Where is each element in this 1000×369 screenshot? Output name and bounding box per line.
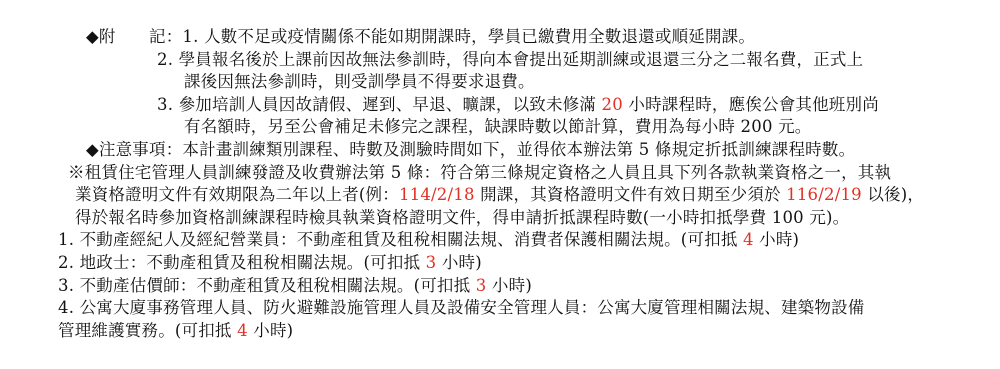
text-segment: 小時) xyxy=(436,253,481,272)
qualification-item-4: 4. 公寓大廈事務管理人員、防火避難設施管理人員及設備安全管理人員：公寓大廈管理… xyxy=(0,297,1000,320)
text-segment: 得於報名時參加資格訓練課程時檢具執業資格證明文件，得申請折抵課程時數(一小時扣抵… xyxy=(75,208,849,227)
qualification-item-4-continuation: 管理維護實務。(可扣抵 4 小時) xyxy=(0,320,1000,343)
highlighted-number: 3 xyxy=(426,253,437,272)
highlighted-number: 4 xyxy=(743,230,754,249)
highlighted-date: 114/2/18 xyxy=(399,185,475,204)
highlighted-date: 116/2/19 xyxy=(786,185,862,204)
text-segment: 3. 參加培訓人員因故請假、遲到、早退、曠課，以致未修滿 xyxy=(157,95,602,114)
text-segment: 3. 不動產估價師：不動產租賃及租稅相關法規。(可扣抵 xyxy=(58,276,476,295)
remark-item-3-continuation: 有名額時，另至公會補足未修完之課程，缺課時數以節計算，費用為每小時 200 元。 xyxy=(0,116,1000,139)
remark-item-2: 2. 學員報名後於上課前因故無法參訓時，得向本會提出延期訓練或退還三分之二報名費… xyxy=(0,49,1000,72)
text-segment: 業資格證明文件有效期限為二年以上者(例： xyxy=(75,185,399,204)
remark-item-3: 3. 參加培訓人員因故請假、遲到、早退、曠課，以致未修滿 20 小時課程時，應俟… xyxy=(0,94,1000,117)
text-segment: 4. 公寓大廈事務管理人員、防火避難設施管理人員及設備安全管理人員：公寓大廈管理… xyxy=(58,298,865,317)
highlighted-number: 4 xyxy=(237,321,248,340)
remark-heading: ◆附 記：1. 人數不足或疫情關係不能如期開課時，學員已繳費用全數退還或順延開課… xyxy=(0,26,1000,49)
qualification-item-2: 2. 地政士：不動產租賃及租稅相關法規。(可扣抵 3 小時) xyxy=(0,252,1000,275)
highlighted-number: 3 xyxy=(476,276,487,295)
text-segment: 有名額時，另至公會補足未修完之課程，缺課時數以節計算，費用為每小時 200 元。 xyxy=(184,117,811,136)
regulation-note-continuation-2: 得於報名時參加資格訓練課程時檢具執業資格證明文件，得申請折抵課程時數(一小時扣抵… xyxy=(0,207,1000,230)
text-segment: 2. 學員報名後於上課前因故無法參訓時，得向本會提出延期訓練或退還三分之二報名費… xyxy=(157,50,863,69)
notice-heading: ◆注意事項：本計畫訓練類別課程、時數及測驗時間如下，並得依本辦法第 5 條規定折… xyxy=(0,139,1000,162)
regulation-note: ※租賃住宅管理人員訓練發證及收費辦法第 5 條：符合第三條規定資格之人員且具下列… xyxy=(0,162,1000,185)
text-segment: 開課，其資格證明文件有效日期至少須於 xyxy=(475,185,787,204)
regulation-note-continuation-1: 業資格證明文件有效期限為二年以上者(例：114/2/18 開課，其資格證明文件有… xyxy=(0,184,1000,207)
text-segment: ※租賃住宅管理人員訓練發證及收費辦法第 5 條：符合第三條規定資格之人員且具下列… xyxy=(68,163,891,182)
text-segment: 1. 不動產經紀人及經紀營業員：不動產租賃及租稅相關法規、消費者保護相關法規。(… xyxy=(58,230,743,249)
text-segment: 2. 地政士：不動產租賃及租稅相關法規。(可扣抵 xyxy=(58,253,426,272)
remark-item-2-continuation: 課後因無法參訓時，則受訓學員不得要求退費。 xyxy=(0,71,1000,94)
text-segment: 小時) xyxy=(248,321,293,340)
qualification-item-3: 3. 不動產估價師：不動產租賃及租稅相關法規。(可扣抵 3 小時) xyxy=(0,275,1000,298)
qualification-item-1: 1. 不動產經紀人及經紀營業員：不動產租賃及租稅相關法規、消費者保護相關法規。(… xyxy=(0,229,1000,252)
text-segment: 小時) xyxy=(754,230,799,249)
text-segment: ◆注意事項：本計畫訓練類別課程、時數及測驗時間如下，並得依本辦法第 5 條規定折… xyxy=(86,140,855,159)
text-segment: 課後因無法參訓時，則受訓學員不得要求退費。 xyxy=(184,72,535,91)
notice-document: ◆附 記：1. 人數不足或疫情關係不能如期開課時，學員已繳費用全數退還或順延開課… xyxy=(0,0,1000,369)
text-segment: 小時) xyxy=(486,276,531,295)
text-segment: 以後)， xyxy=(862,185,924,204)
text-segment: 小時課程時，應俟公會其他班別尚 xyxy=(623,95,879,114)
text-segment: ◆附 記：1. 人數不足或疫情關係不能如期開課時，學員已繳費用全數退還或順延開課… xyxy=(86,27,755,46)
highlighted-number: 20 xyxy=(602,95,623,114)
text-segment: 管理維護實務。(可扣抵 xyxy=(58,321,237,340)
